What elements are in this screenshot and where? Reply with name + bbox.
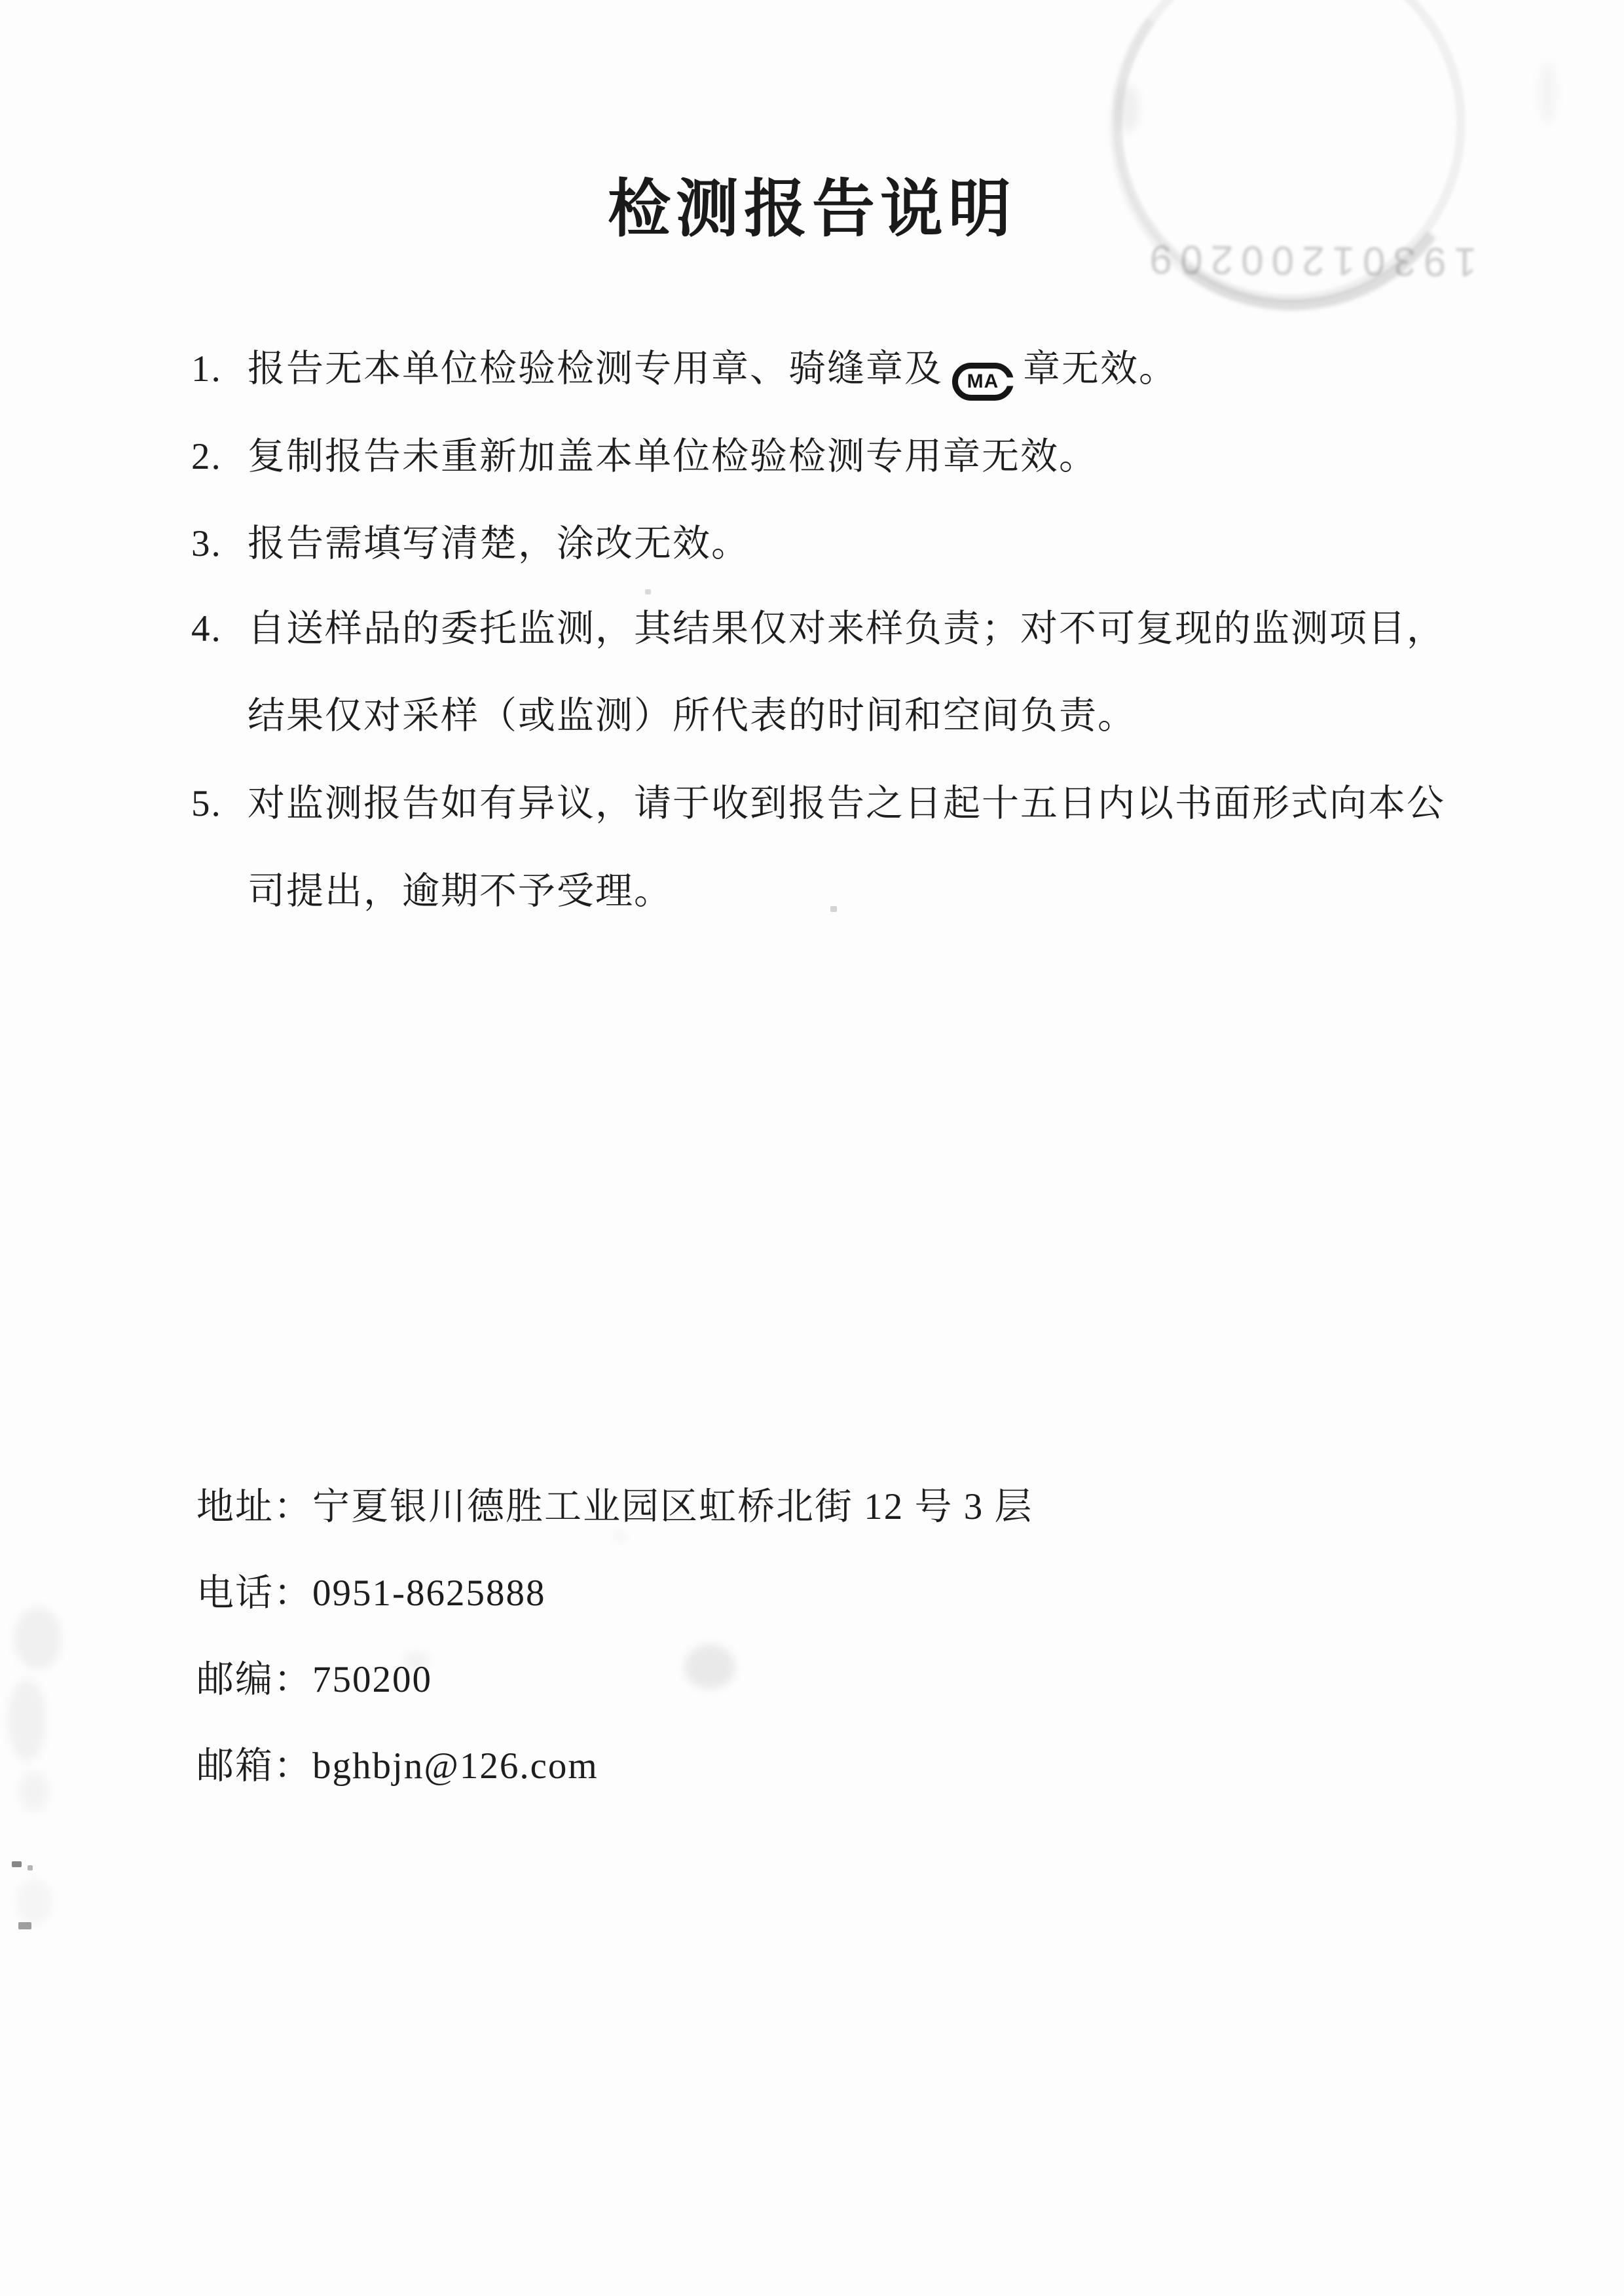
scan-speck [28,1865,33,1870]
scan-smudge [8,1679,46,1761]
cma-mark-opening [1007,378,1014,386]
list-item-3: 3.报告需填写清楚，涂改无效。 [191,522,750,566]
scan-smudge [403,1651,430,1671]
list-item-3-number: 3. [191,522,248,566]
scan-smudge [18,1771,50,1812]
list-item-5-text-line2: 司提出，逾期不予受理。 [248,871,673,912]
list-item-1-number: 1. [191,348,248,391]
list-item-5-number: 5. [191,782,248,826]
contact-phone-value: 0951-8625888 [312,1573,545,1614]
list-item-1-text-after: 章无效。 [1023,348,1177,390]
list-item-4-number: 4. [191,608,248,651]
list-item-4-text-line2: 结果仅对采样（或监测）所代表的时间和空间负责。 [248,695,1136,737]
list-item-4-continuation: 结果仅对采样（或监测）所代表的时间和空间负责。 [248,695,1136,738]
list-item-1-text: 报告无本单位检验检测专用章、骑缝章及 [248,348,943,390]
list-item-5-text-line1: 对监测报告如有异议，请于收到报告之日起十五日内以书面形式向本公 [248,783,1445,824]
contact-email-value: bghbjn@126.com [312,1745,599,1787]
list-item-1: 1.报告无本单位检验检测专用章、骑缝章及MA章无效。 [191,348,1177,401]
cma-mark-label: MA [958,369,1008,395]
list-item-5: 5.对监测报告如有异议，请于收到报告之日起十五日内以书面形式向本公 [191,782,1445,826]
list-item-5-continuation: 司提出，逾期不予受理。 [248,870,673,913]
scan-smudge [1539,62,1556,124]
list-item-2-number: 2. [191,435,248,479]
contact-email-row: 邮箱：bghbjn@126.com [196,1736,599,1789]
scan-smudge [684,1645,735,1689]
contact-address-label: 地址： [196,1486,312,1527]
scan-speck [12,1861,22,1867]
list-item-4: 4.自送样品的委托监测，其结果仅对来样负责；对不可复现的监测项目， [191,608,1445,651]
cma-mark-icon: MA [952,363,1014,401]
scan-speck [830,906,837,912]
list-item-3-text: 报告需填写清楚，涂改无效。 [248,523,750,564]
contact-phone-row: 电话：0951-8625888 [196,1563,545,1616]
list-item-4-text-line1: 自送样品的委托监测，其结果仅对来样负责；对不可复现的监测项目， [248,608,1445,649]
scan-smudge [1117,85,1139,132]
contact-postcode-row: 邮编：750200 [196,1649,432,1703]
page-title: 检测报告说明 [0,159,1624,249]
scan-speck [18,1922,31,1929]
contact-postcode-label: 邮编： [196,1659,312,1700]
contact-address-row: 地址：宁夏银川德胜工业园区虹桥北街 12 号 3 层 [196,1476,1033,1530]
contact-email-label: 邮箱： [196,1745,312,1787]
contact-phone-label: 电话： [196,1573,312,1614]
document-page: 19301200209 检测报告说明 1.报告无本单位检验检测专用章、骑缝章及M… [0,0,1624,2296]
list-item-2: 2.复制报告未重新加盖本单位检验检测专用章无效。 [191,435,1098,479]
list-item-2-text: 复制报告未重新加盖本单位检验检测专用章无效。 [248,436,1098,477]
scan-smudge [614,1532,625,1541]
scan-smudge [16,1879,52,1925]
scan-smudge [14,1607,62,1669]
contact-address-value: 宁夏银川德胜工业园区虹桥北街 12 号 3 层 [312,1486,1033,1527]
scan-speck [645,589,651,594]
